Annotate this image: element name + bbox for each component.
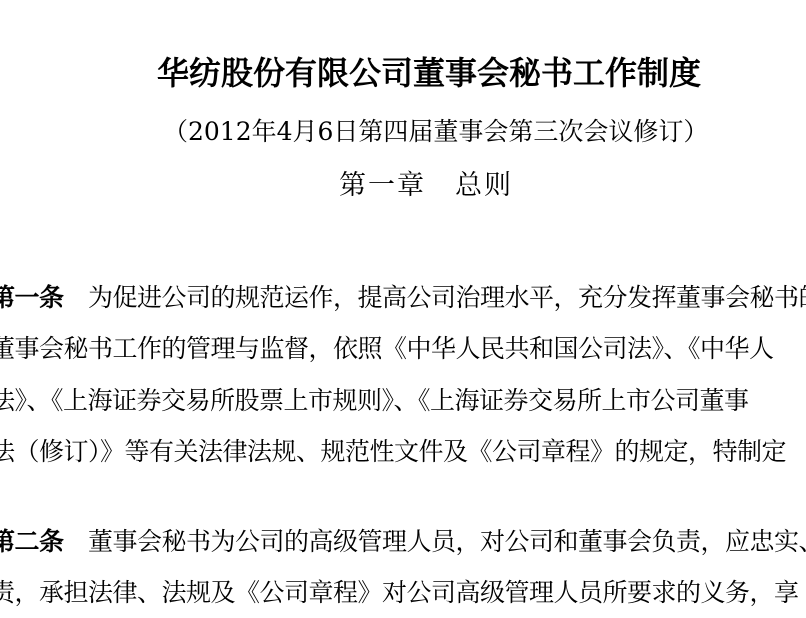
document-page: 华纺股份有限公司董事会秘书工作制度 （2012年4月6日第四届董事会第三次会议修… [0,0,806,618]
body-line-text: 法》、《上海证券交易所股票上市规则》、《上海证券交易所上市公司董事 [0,386,749,415]
article-label: 第一条 [0,283,64,312]
body-line: 法》、《上海证券交易所股票上市规则》、《上海证券交易所上市公司董事 [0,387,749,416]
chapter-heading: 第一章 总则 [339,170,513,202]
body-line-text: 董事会秘书工作的管理与监督，依照《中华人民共和国公司法》、《中华人 [0,334,774,363]
body-line: 法（修订）》等有关法律法规、规范性文件及《公司章程》的规定，特制定 [0,438,786,467]
document-title: 华纺股份有限公司董事会秘书工作制度 [157,54,701,92]
body-line-text: 法（修订）》等有关法律法规、规范性文件及《公司章程》的规定，特制定 [0,437,786,466]
body-line: 董事会秘书工作的管理与监督，依照《中华人民共和国公司法》、《中华人 [0,335,774,364]
body-line: 第一条 为促进公司的规范运作，提高公司治理水平，充分发挥董事会秘书的 [0,284,806,313]
document-subtitle: （2012年4月6日第四届董事会第三次会议修订） [163,117,708,147]
body-line-text: 为促进公司的规范运作，提高公司治理水平，充分发挥董事会秘书的 [64,283,806,312]
body-line: 责，承担法律、法规及《公司章程》对公司高级管理人员所要求的义务，享 [0,579,799,608]
body-line: 第二条 董事会秘书为公司的高级管理人员，对公司和董事会负责，应忠实、 [0,528,806,557]
body-line-text: 董事会秘书为公司的高级管理人员，对公司和董事会负责，应忠实、 [64,527,806,556]
article-label: 第二条 [0,527,64,556]
body-line-text: 责，承担法律、法规及《公司章程》对公司高级管理人员所要求的义务，享 [0,578,799,607]
